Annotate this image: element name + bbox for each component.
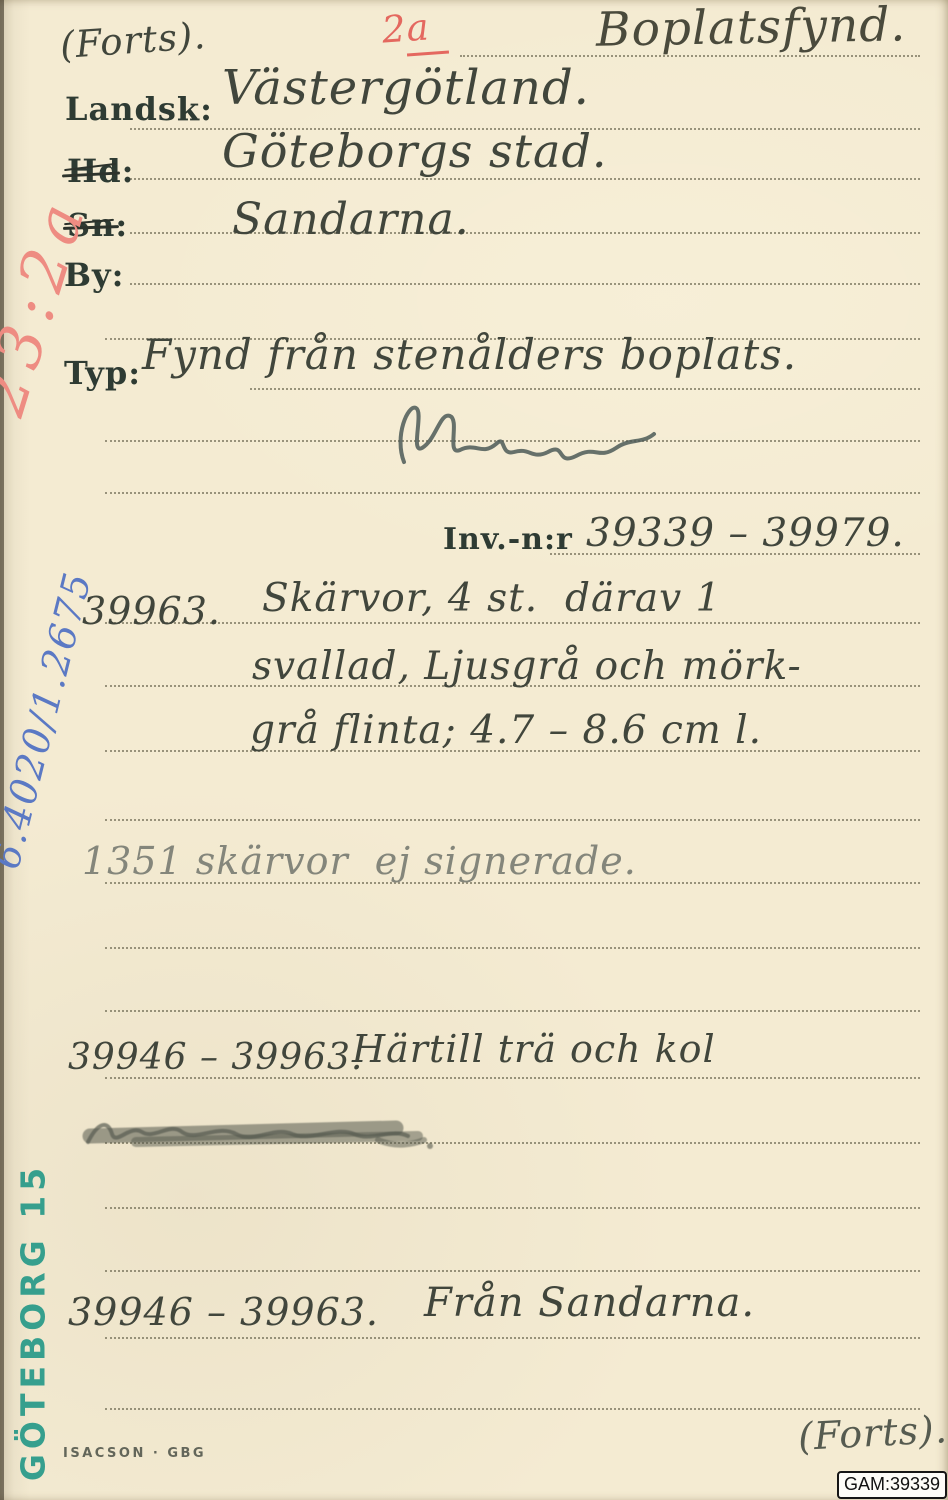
ruled-line xyxy=(105,1270,920,1272)
catalog-card: (Forts). 2a Boplatsfynd. Landsk: Västerg… xyxy=(0,0,948,1500)
entry1-line1: Skärvor, 4 st. därav 1 xyxy=(262,579,721,618)
goteborg-stamp: GÖTEBORG 15 xyxy=(17,1163,50,1481)
field-value-inv-nr: 39339 – 39979. xyxy=(586,514,905,553)
scan-edge-shadow xyxy=(0,0,4,1500)
ruled-line xyxy=(105,1207,920,1209)
entry1-number: 39963. xyxy=(82,592,221,630)
pencil-note: 1351 skärvor ej signerade. xyxy=(82,842,637,880)
entry2-number: 39946 – 39963. xyxy=(68,1040,363,1076)
ruled-line xyxy=(105,622,920,624)
ruled-line xyxy=(105,947,920,949)
ruled-line xyxy=(130,178,920,180)
entry1-line3: grå flinta; 4.7 – 8.6 cm l. xyxy=(250,711,762,750)
field-label-inv-nr: Inv.-n:r xyxy=(443,525,573,555)
field-value-sn: Sandarna. xyxy=(232,198,470,242)
field-value-typ: Fynd från stenålders boplats. xyxy=(142,334,797,376)
field-label-landsk: Landsk: xyxy=(65,93,213,125)
entry3-text: Från Sandarna. xyxy=(424,1283,755,1323)
entry1-line2: svallad, Ljusgrå och mörk- xyxy=(252,647,802,686)
ruled-line xyxy=(250,388,920,390)
page-mark-red: 2a xyxy=(381,8,431,48)
illegible-scribble xyxy=(390,396,670,482)
field-value-landsk: Västergötland. xyxy=(222,64,590,112)
printer-mark: ISACSON · GBG xyxy=(63,1446,206,1461)
ruled-line xyxy=(105,1337,920,1339)
entry3-number: 39946 – 39963. xyxy=(68,1293,379,1331)
field-label-hd: Hd: xyxy=(67,155,134,187)
forts-note-bottom: (Forts). xyxy=(797,1410,948,1456)
ruled-line xyxy=(105,819,920,821)
ruled-line xyxy=(105,1010,920,1012)
field-value-hd: Göteborgs stad. xyxy=(222,128,608,174)
margin-code-blue: 6.4020/1.2675 xyxy=(0,568,97,873)
field-label-typ: Typ: xyxy=(64,357,141,389)
card-title: Boplatsfynd. xyxy=(596,1,907,53)
crossed-out-text xyxy=(78,1094,548,1168)
entry2-text: Härtill trä och kol xyxy=(352,1030,716,1068)
id-label-badge: GAM:39339 xyxy=(837,1471,947,1499)
ruled-line xyxy=(105,1408,920,1410)
ruled-line xyxy=(105,492,920,494)
forts-note-top: (Forts). xyxy=(59,17,207,64)
page-mark-underline xyxy=(407,51,449,57)
ruled-line xyxy=(130,283,920,285)
